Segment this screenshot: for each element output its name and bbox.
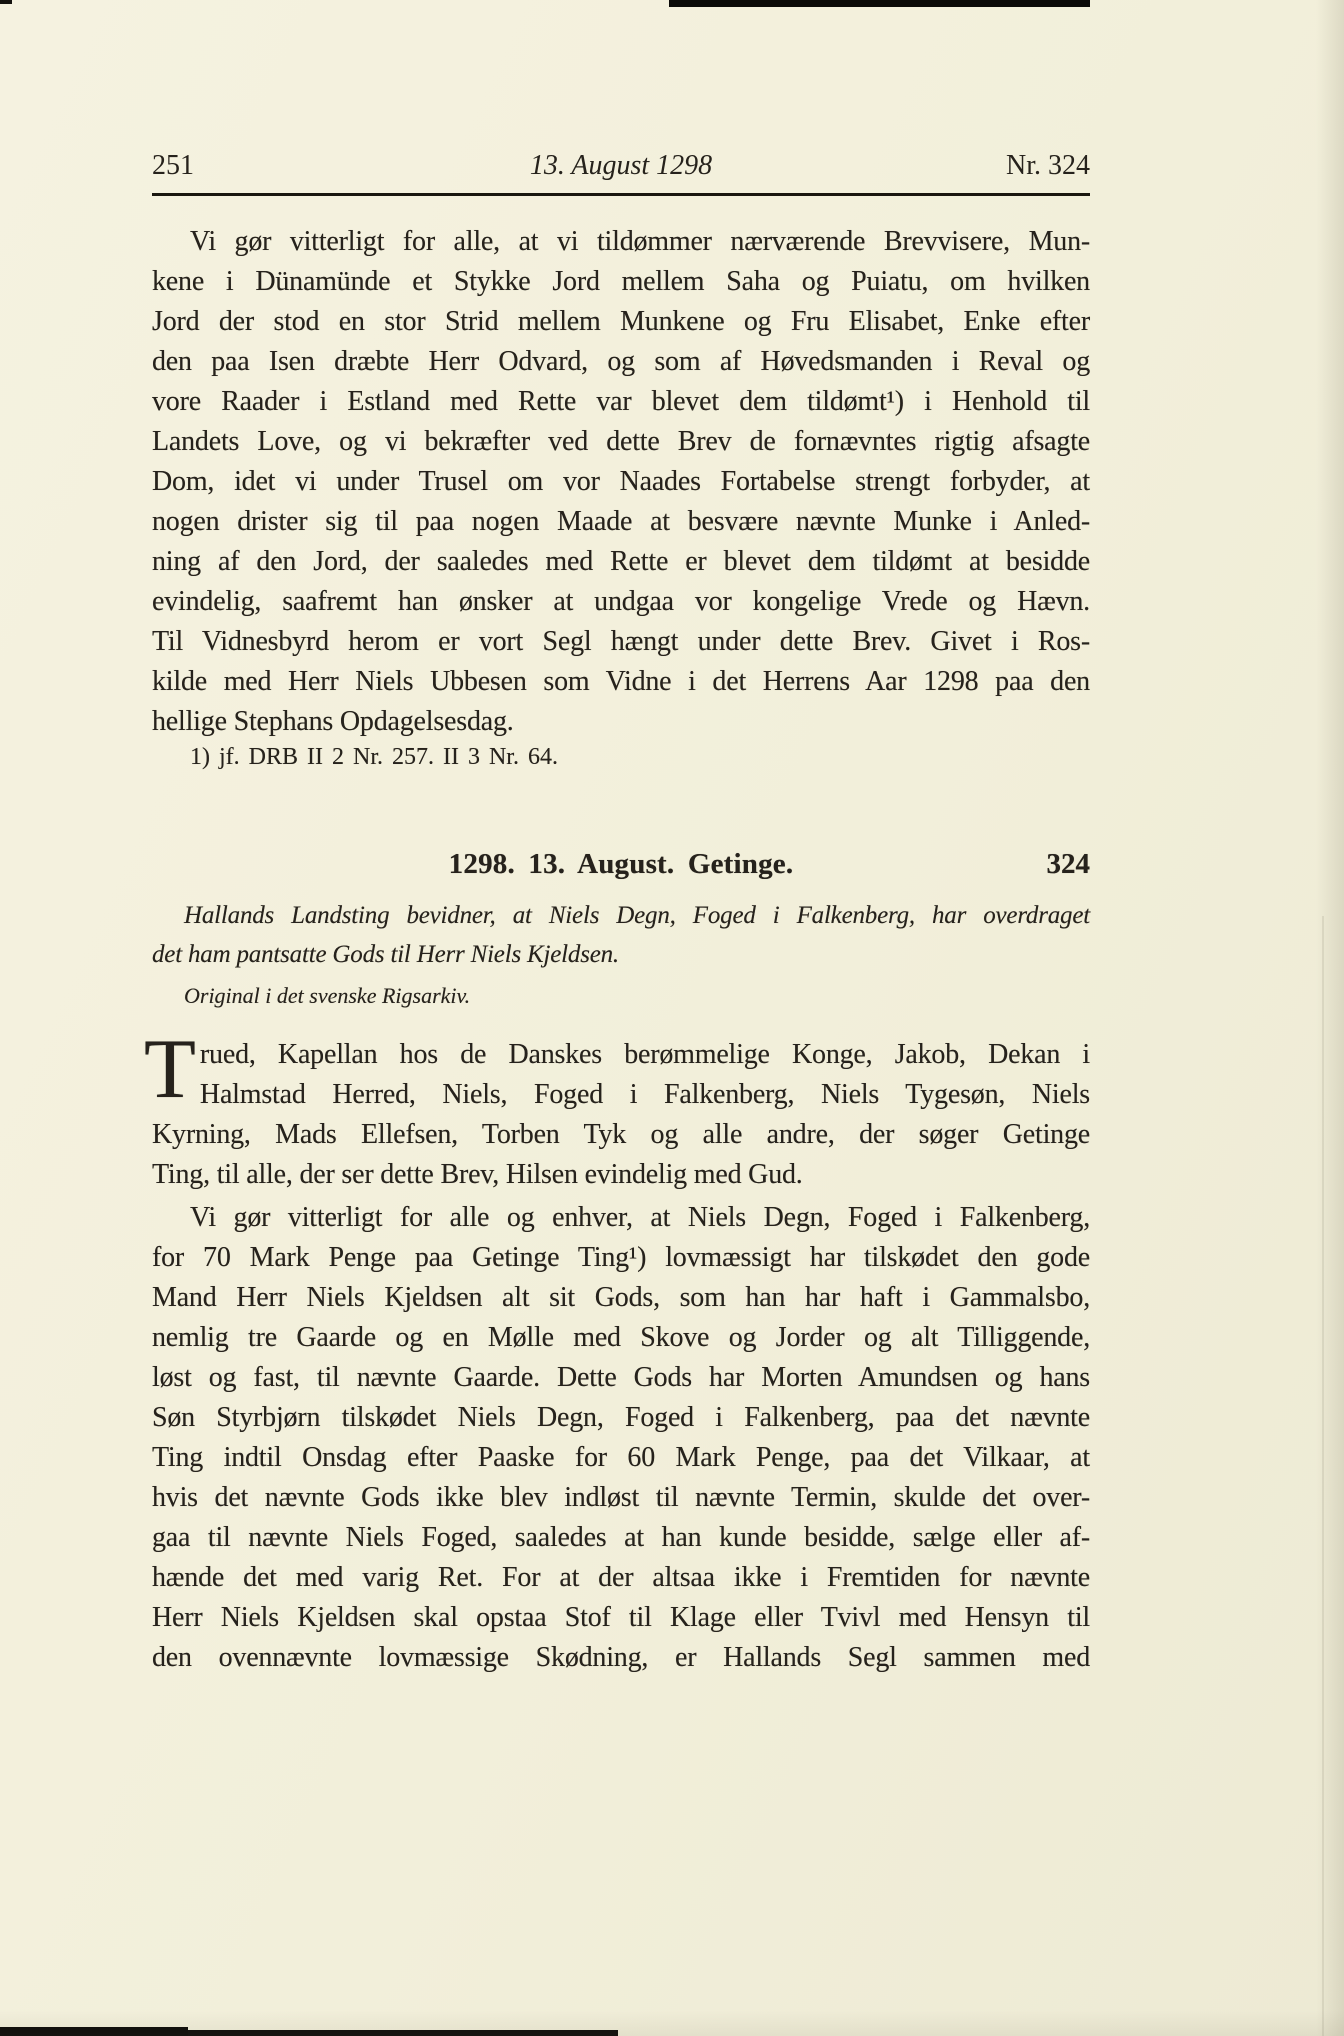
text-line: hvis det nævnte Gods ikke blev indløst t… — [152, 1478, 1090, 1518]
entry-number: 324 — [1047, 848, 1091, 881]
book-page: 251 13. August 1298 Nr. 324 Vi gør vitte… — [0, 0, 1344, 2036]
drop-cap: T — [144, 1027, 196, 1091]
text-line: nogen drister sig til paa nogen Maade at… — [152, 502, 1090, 542]
text-line: Herr Niels Kjeldsen skal opstaa Stof til… — [152, 1598, 1090, 1638]
text-line: den ovennævnte lovmæssige Skødning, er H… — [152, 1638, 1090, 1678]
text-line: Dom, idet vi under Trusel om vor Naades … — [152, 462, 1090, 502]
running-entry-number: Nr. 324 — [777, 150, 1090, 182]
text-line: Jord der stod en stor Strid mellem Munke… — [152, 302, 1090, 342]
text-line: det ham pantsatte Gods til Herr Niels Kj… — [152, 935, 1090, 974]
text-line: vore Raader i Estland med Rette var blev… — [152, 382, 1090, 422]
entry-body-paragraph: Vi gør vitterligt for alle og enhver, at… — [152, 1198, 1090, 1678]
text-line: nemlig tre Gaarde og en Mølle med Skove … — [152, 1318, 1090, 1358]
page-edge-fold-line — [1322, 916, 1324, 2036]
scan-artifact-top-left-speck — [0, 0, 12, 4]
entry-heading-row: 1298. 13. August. Getinge. 324 — [152, 848, 1090, 888]
text-line: Hallands Landsting bevidner, at Niels De… — [152, 896, 1090, 935]
text-line: ning af den Jord, der saaledes med Rette… — [152, 542, 1090, 582]
header-rule — [152, 193, 1090, 196]
page-edge-shadow-right — [1316, 0, 1344, 2036]
text-line: Ting, til alle, der ser dette Brev, Hils… — [152, 1155, 1090, 1195]
scan-artifact-top-bar — [669, 0, 1090, 7]
page-number: 251 — [152, 150, 465, 182]
text-line: kilde med Herr Niels Ubbesen som Vidne i… — [152, 662, 1090, 702]
entry-heading: 1298. 13. August. Getinge. — [449, 848, 794, 880]
text-line: Til Vidnesbyrd herom er vort Segl hængt … — [152, 622, 1090, 662]
text-line: den paa Isen dræbte Herr Odvard, og som … — [152, 342, 1090, 382]
text-line: Halmstad Herred, Niels, Foged i Falkenbe… — [152, 1075, 1090, 1115]
page-edge-shadow-bottom — [0, 2010, 1344, 2036]
previous-entry-body: Vi gør vitterligt for alle, at vi tildøm… — [152, 222, 1090, 742]
text-line: Kyrning, Mads Ellefsen, Torben Tyk og al… — [152, 1115, 1090, 1155]
text-line: Ting indtil Onsdag efter Paaske for 60 M… — [152, 1438, 1090, 1478]
entry-salutation-paragraph: T rued, Kapellan hos de Danskes berømmel… — [152, 1035, 1090, 1195]
text-line: rued, Kapellan hos de Danskes berømmelig… — [152, 1035, 1090, 1075]
text-line: Vi gør vitterligt for alle, at vi tildøm… — [152, 222, 1090, 262]
text-line: evindelig, saafremt han ønsker at undgaa… — [152, 582, 1090, 622]
previous-entry-footnote: 1) jf. DRB II 2 Nr. 257. II 3 Nr. 64. — [152, 742, 1090, 772]
text-line: hænde det med varig Ret. For at der alts… — [152, 1558, 1090, 1598]
text-line: gaa til nævnte Niels Foged, saaledes at … — [152, 1518, 1090, 1558]
text-line: for 70 Mark Penge paa Getinge Ting¹) lov… — [152, 1238, 1090, 1278]
salutation-lines: rued, Kapellan hos de Danskes berømmelig… — [152, 1035, 1090, 1195]
text-line: Mand Herr Niels Kjeldsen alt sit Gods, s… — [152, 1278, 1090, 1318]
text-line: Vi gør vitterligt for alle og enhver, at… — [152, 1198, 1090, 1238]
entry-summary: Hallands Landsting bevidner, at Niels De… — [152, 896, 1090, 974]
text-line: Søn Styrbjørn tilskødet Niels Degn, Foge… — [152, 1398, 1090, 1438]
text-line: løst og fast, til nævnte Gaarde. Dette G… — [152, 1358, 1090, 1398]
text-line: kene i Dünamünde et Stykke Jord mellem S… — [152, 262, 1090, 302]
entry-provenance: Original i det svenske Rigsarkiv. — [152, 982, 1090, 1010]
text-line: hellige Stephans Opdagelsesdag. — [152, 702, 1090, 742]
text-line: Landets Love, og vi bekræfter ved dette … — [152, 422, 1090, 462]
running-date: 13. August 1298 — [465, 150, 778, 182]
running-header: 251 13. August 1298 Nr. 324 — [152, 150, 1090, 186]
